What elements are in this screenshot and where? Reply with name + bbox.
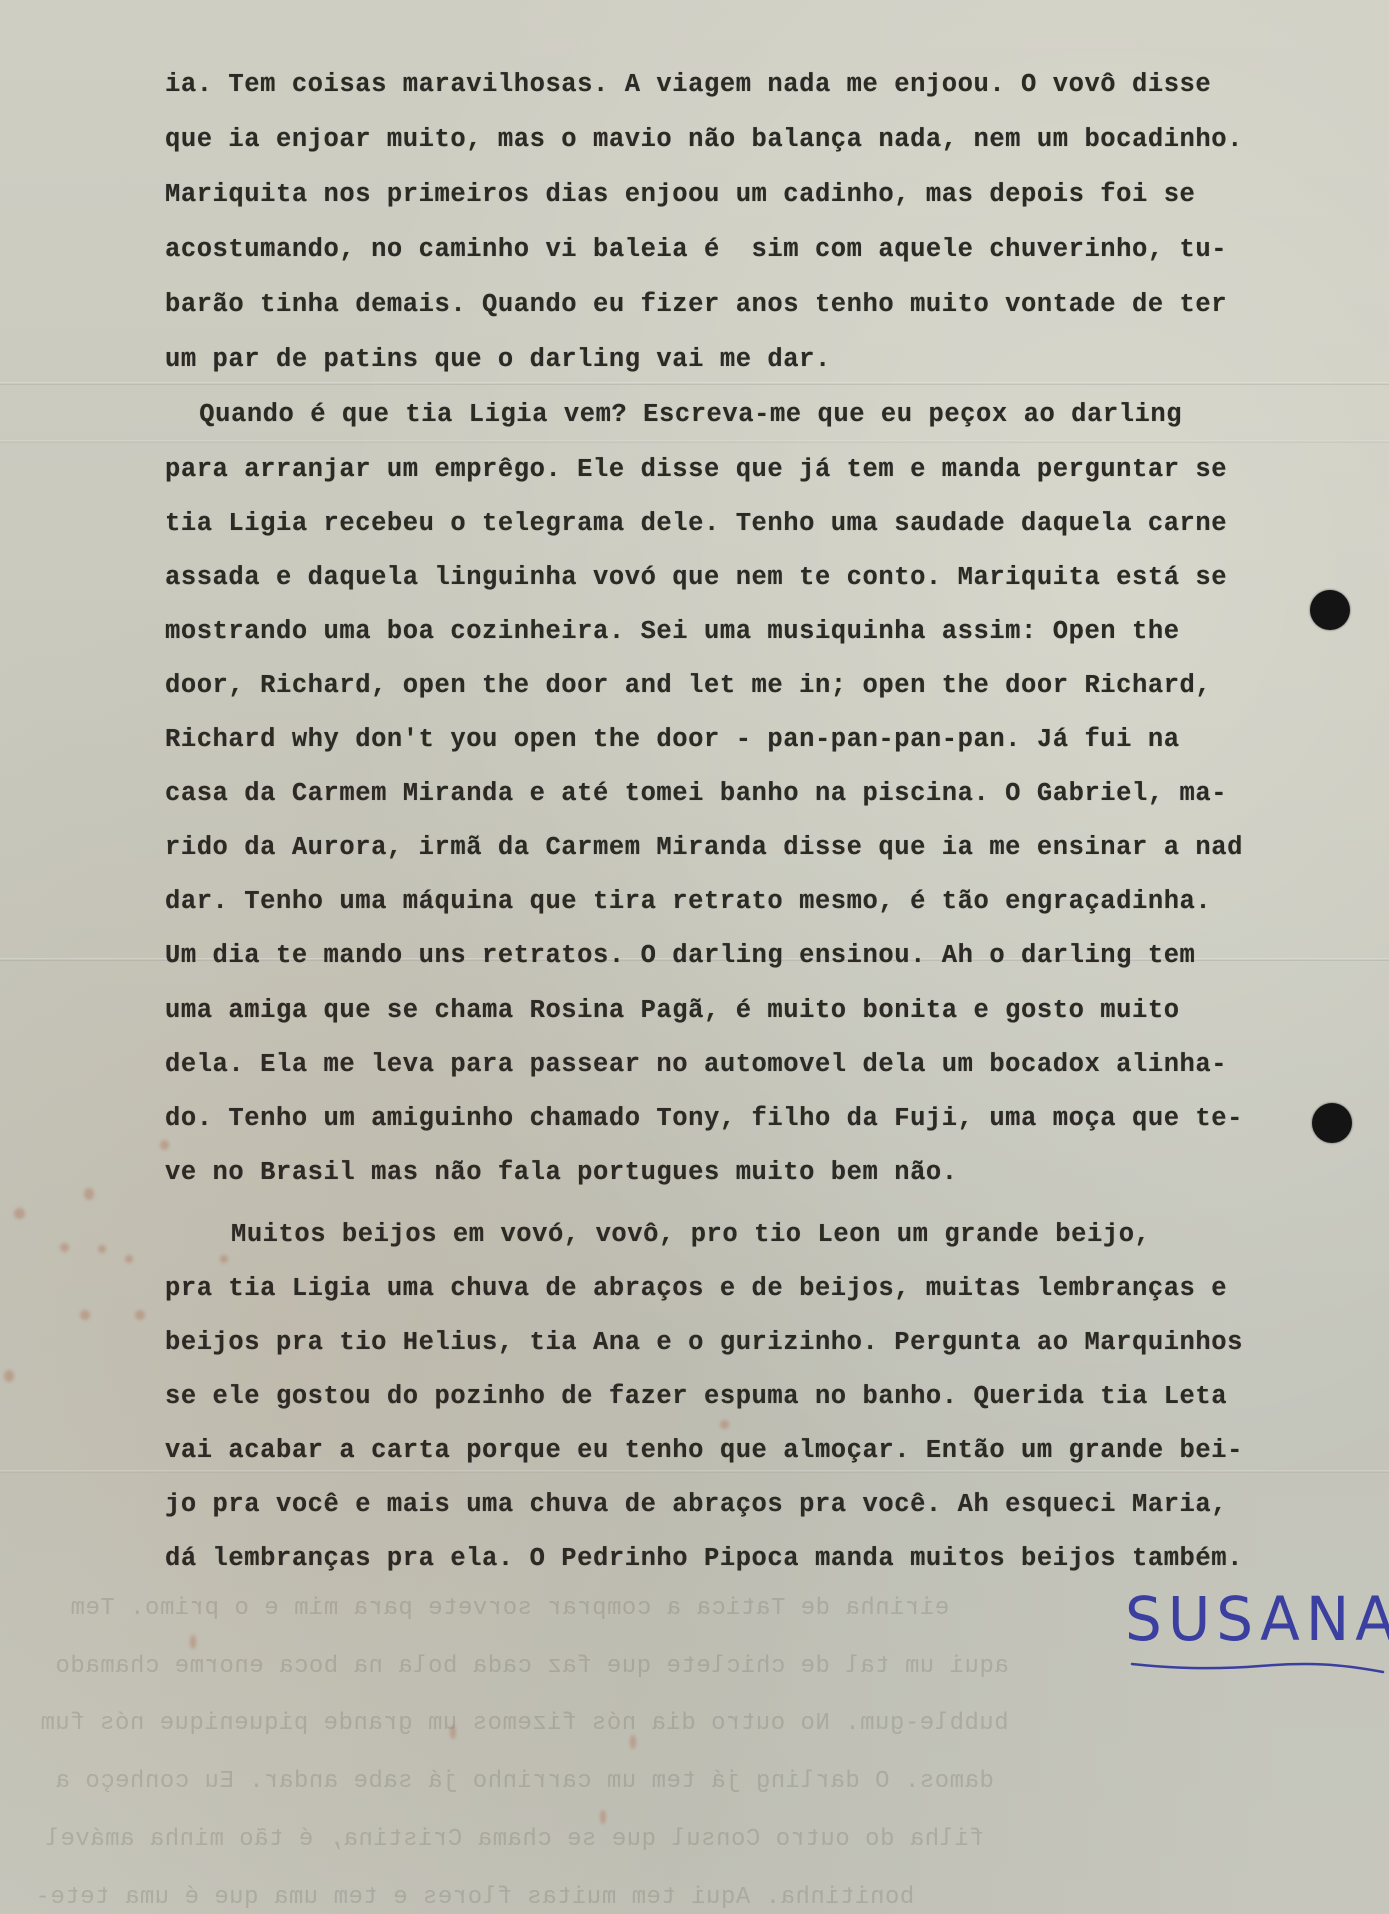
- stain: [98, 1245, 106, 1253]
- stain: [80, 1310, 90, 1320]
- text-line: vai acabar a carta porque eu tenho que a…: [165, 1436, 1243, 1465]
- text-line: um par de patins que o darling vai me da…: [165, 345, 831, 374]
- stain: [220, 1255, 228, 1263]
- stain: [630, 1735, 636, 1749]
- handwritten-signature: SUSANA: [1125, 1583, 1389, 1654]
- text-line: dela. Ela me leva para passear no automo…: [165, 1050, 1227, 1079]
- bleed-through-line: eirinha de Tatica a comprar sorvete para…: [70, 1595, 949, 1622]
- text-line: que ia enjoar muito, mas o mavio não bal…: [165, 125, 1243, 154]
- text-line: ve no Brasil mas não fala portugues muit…: [165, 1158, 958, 1187]
- text-line: uma amiga que se chama Rosina Pagã, é mu…: [165, 996, 1180, 1025]
- stain: [190, 1635, 196, 1649]
- text-line: dá lembranças pra ela. O Pedrinho Pipoca…: [165, 1544, 1243, 1573]
- text-line: door, Richard, open the door and let me …: [165, 671, 1211, 700]
- fold-crease: [0, 382, 1389, 385]
- text-line: ia. Tem coisas maravilhosas. A viagem na…: [165, 70, 1211, 99]
- stain: [84, 1188, 94, 1200]
- stain: [135, 1310, 145, 1320]
- text-line: barão tinha demais. Quando eu fizer anos…: [165, 290, 1227, 319]
- text-line: Um dia te mando uns retratos. O darling …: [165, 941, 1195, 970]
- text-line: jo pra você e mais uma chuva de abraços …: [165, 1490, 1227, 1519]
- text-line: rido da Aurora, irmã da Carmem Miranda d…: [165, 833, 1243, 862]
- stain: [720, 1420, 729, 1429]
- text-line: acostumando, no caminho vi baleia é sim …: [165, 235, 1227, 264]
- stain: [14, 1208, 25, 1219]
- fold-crease: [0, 1470, 1389, 1473]
- text-line: dar. Tenho uma máquina que tira retrato …: [165, 887, 1211, 916]
- text-line: casa da Carmem Miranda e até tomei banho…: [165, 779, 1227, 808]
- text-line: Mariquita nos primeiros dias enjoou um c…: [165, 180, 1195, 209]
- stain: [60, 1243, 69, 1252]
- bleed-through-line: filha do outro Consul que se chama Crist…: [45, 1826, 984, 1853]
- stain: [125, 1255, 133, 1263]
- text-line: do. Tenho um amiguinho chamado Tony, fil…: [165, 1104, 1243, 1133]
- text-line: Quando é que tia Ligia vem? Escreva-me q…: [120, 400, 1182, 429]
- text-line: pra tia Ligia uma chuva de abraços e de …: [165, 1274, 1227, 1303]
- text-line: beijos pra tio Helius, tia Ana e o guriz…: [165, 1328, 1243, 1357]
- text-line: Muitos beijos em vovó, vovô, pro tio Leo…: [120, 1220, 1150, 1249]
- bleed-through-line: aqui um tal de chiclete que faz cada bol…: [55, 1653, 1009, 1680]
- stain: [160, 1140, 169, 1150]
- bleed-through-line: bubble-gum. No outro dia nós fizemos um …: [40, 1710, 1009, 1737]
- punch-hole: [1312, 1103, 1352, 1143]
- bleed-through-line: bonitinha. Aqui tem muitas flores e tem …: [35, 1884, 914, 1911]
- stain: [4, 1370, 14, 1382]
- bleed-through-line: damos. O darling já tem um carrinho já s…: [55, 1768, 994, 1795]
- text-line: Richard why don't you open the door - pa…: [165, 725, 1180, 754]
- signature-underline: [1130, 1660, 1385, 1674]
- text-line: tia Ligia recebeu o telegrama dele. Tenh…: [165, 509, 1227, 538]
- stain: [600, 1810, 606, 1824]
- text-line: para arranjar um emprêgo. Ele disse que …: [165, 455, 1227, 484]
- fold-crease: [0, 440, 1389, 443]
- punch-hole: [1310, 590, 1350, 630]
- text-line: mostrando uma boa cozinheira. Sei uma mu…: [165, 617, 1180, 646]
- text-line: se ele gostou do pozinho de fazer espuma…: [165, 1382, 1227, 1411]
- text-line: assada e daquela linguinha vovó que nem …: [165, 563, 1227, 592]
